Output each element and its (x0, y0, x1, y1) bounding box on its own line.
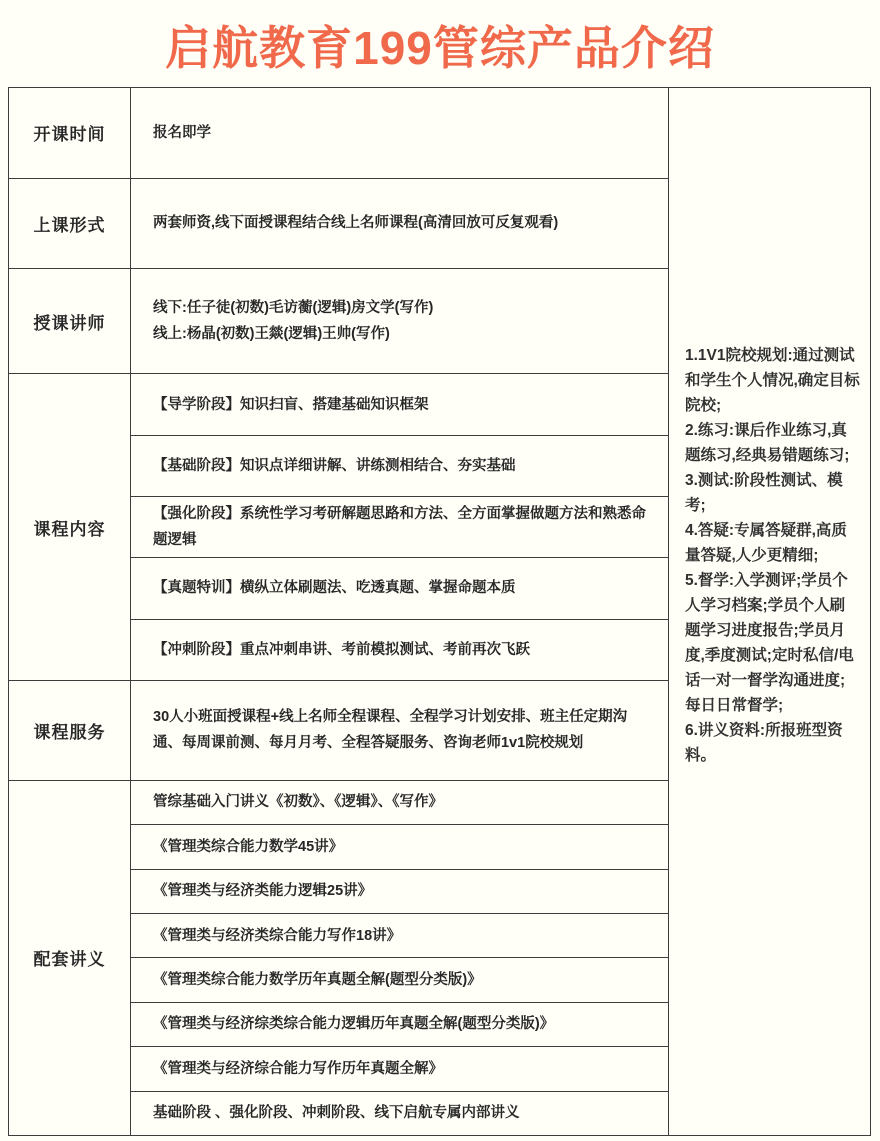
cell-material-7: 《管理类与经济综合能力写作历年真题全解》 (131, 1046, 668, 1090)
cell-material-8: 基础阶段 、强化阶段、冲刺阶段、线下启航专属内部讲义 (131, 1091, 668, 1135)
cell-material-3: 《管理类与经济类能力逻辑25讲》 (131, 869, 668, 913)
row-label-start-time: 开课时间 (9, 88, 131, 178)
row-label-class-format: 上课形式 (9, 179, 131, 268)
row-course-service: 课程服务 30人小班面授课程+线上名师全程课程、全程学习计划安排、班主任定期沟通… (9, 680, 668, 780)
product-table: 开课时间 报名即学 上课形式 两套师资,线下面授课程结合线上名师课程(高清回放可… (8, 87, 871, 1136)
cell-stage-sprint: 【冲刺阶段】重点冲刺串讲、考前模拟测试、考前再次飞跃 (131, 619, 668, 680)
row-label-lecturers: 授课讲师 (9, 269, 131, 374)
cell-material-6: 《管理类与经济综类综合能力逻辑历年真题全解(题型分类版)》 (131, 1002, 668, 1046)
cell-class-format: 两套师资,线下面授课程结合线上名师课程(高清回放可反复观看) (131, 179, 668, 268)
cell-start-time: 报名即学 (131, 88, 668, 178)
side-note-text: 1.1V1院校规划:通过测试和学生个人情况,确定目标院校; 2.练习:课后作业练… (685, 343, 860, 768)
cell-material-4: 《管理类与经济类综合能力写作18讲》 (131, 913, 668, 957)
cell-material-5: 《管理类综合能力数学历年真题全解(题型分类版)》 (131, 957, 668, 1001)
row-start-time: 开课时间 报名即学 (9, 88, 668, 178)
cell-material-2: 《管理类综合能力数学45讲》 (131, 824, 668, 868)
row-materials: 配套讲义 管综基础入门讲义《初数》、《逻辑》、《写作》 《管理类综合能力数学45… (9, 780, 668, 1135)
cell-stage-basic: 【基础阶段】知识点详细讲解、讲练测相结合、夯实基础 (131, 435, 668, 496)
table-main-columns: 开课时间 报名即学 上课形式 两套师资,线下面授课程结合线上名师课程(高清回放可… (9, 88, 669, 1135)
row-course-content: 课程内容 【导学阶段】知识扫盲、搭建基础知识框架 【基础阶段】知识点详细讲解、讲… (9, 373, 668, 679)
row-label-course-content: 课程内容 (9, 374, 131, 679)
cell-stage-intensive: 【强化阶段】系统性学习考研解题思路和方法、全方面掌握做题方法和熟悉命题逻辑 (131, 496, 668, 557)
row-label-course-service: 课程服务 (9, 681, 131, 780)
cell-stage-intro: 【导学阶段】知识扫盲、搭建基础知识框架 (131, 374, 668, 434)
cell-lecturers: 线下:任子徒(初数)毛访蘅(逻辑)房文学(写作) 线上:杨晶(初数)王燚(逻辑)… (131, 269, 668, 374)
row-lecturers: 授课讲师 线下:任子徒(初数)毛访蘅(逻辑)房文学(写作) 线上:杨晶(初数)王… (9, 268, 668, 374)
cell-stage-real-exam: 【真题特训】横纵立体刷题法、吃透真题、掌握命题本质 (131, 557, 668, 618)
cell-material-1: 管综基础入门讲义《初数》、《逻辑》、《写作》 (131, 781, 668, 824)
row-label-materials: 配套讲义 (9, 781, 131, 1135)
side-note-column: 1.1V1院校规划:通过测试和学生个人情况,确定目标院校; 2.练习:课后作业练… (669, 88, 870, 1135)
page-title: 启航教育199管综产品介绍 (0, 12, 880, 78)
row-class-format: 上课形式 两套师资,线下面授课程结合线上名师课程(高清回放可反复观看) (9, 178, 668, 268)
cell-course-service: 30人小班面授课程+线上名师全程课程、全程学习计划安排、班主任定期沟通、每周课前… (131, 681, 668, 780)
